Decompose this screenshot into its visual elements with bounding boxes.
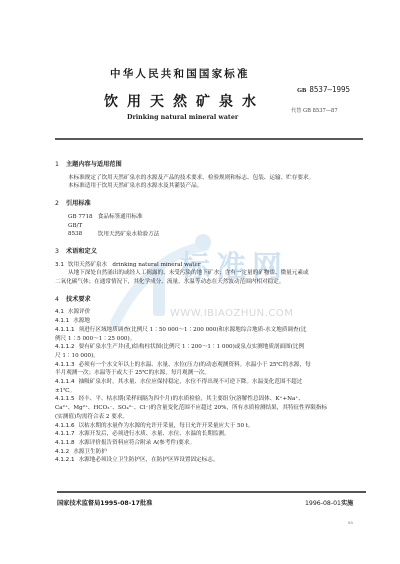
- reference-item: GB/T 8538 饮用天然矿泉水检验方法: [55, 222, 367, 239]
- paragraph: 本标准适用于饮用天然矿泉水的水源水及其灌装产品。: [55, 182, 367, 191]
- header-divider: [55, 138, 363, 140]
- standard-prefix: GB: [297, 87, 306, 94]
- approval-info: 国家技术监督局1995-08-17批准: [57, 498, 152, 507]
- clause-continuation: Ca²⁺、Mg²⁺、HCO₃⁻、SO₄²⁻、Cl⁻)的含量变化范围不应超过 20…: [55, 404, 367, 413]
- clause-4-1: 4.1水源评价: [55, 308, 367, 317]
- term-definition-text: 二氧化碳气体；在通常情况下，其化学成分、流量、水温等动态在天然波动范围内相对稳定…: [55, 278, 367, 287]
- paragraph: 本标准规定了饮用天然矿泉水的水源及产品的技术要求、检验规则和标志、包装、运输、贮…: [55, 174, 367, 183]
- clause-4-1-1-2: 4.1.1.2要有矿泉水生产井(孔)结构柱状图(比例尺 1∶200～1∶1 00…: [55, 343, 367, 352]
- document-title: 饮用天然矿泉水: [104, 91, 265, 111]
- clause-4-1-1-1: 4.1.1.1须进行区域地质调查(比例尺 1∶50 000～1∶200 000)…: [55, 326, 367, 335]
- clause-4-1-1-3: 4.1.1.3必须有一个水文年以上的水温、水量、水位(压力)的动态观测资料。水温…: [55, 361, 367, 370]
- section-heading-4: 4技术要求: [55, 296, 367, 305]
- clause-4-1-1: 4.1.1水源地: [55, 317, 367, 326]
- clause-4-1-1-6: 4.1.1.6以枯水期的水量作为水源的允许开采量，每日允许开采量应大于 50 t…: [55, 422, 367, 431]
- clause-4-1-1-5: 4.1.1.5经丰、平、枯水期(采样间隔为四个月)的水质检验，其主要组分(溶解性…: [55, 395, 367, 404]
- standard-number: GB8537—1995: [297, 85, 350, 94]
- section-heading-3: 3术语和定义: [55, 248, 367, 257]
- clause-4-1-1-8: 4.1.1.8水源评价报告资料应符合附录 A(参考件)要求。: [55, 439, 367, 448]
- clause-continuation: 例尺 1∶5 000～1∶25 000)。: [55, 335, 367, 344]
- standard-code: 8537—1995: [309, 85, 350, 94]
- document-subtitle-english: Drinking natural mineral water: [127, 114, 238, 121]
- clause-4-1-2: 4.1.2水源卫生防护: [55, 448, 367, 457]
- clause-4-1-1-4: 4.1.1.4抽吸矿泉水时，其水量、水位应保持稳定，水位不得出现不可逆下降。水温…: [55, 378, 367, 387]
- section-heading-1: 1主题内容与适用范围: [55, 161, 367, 170]
- page-number: 85: [348, 520, 353, 525]
- term-definition-text: 从地下深处自然涌出的或经人工揭露的、未受污染的地下矿水；含有一定量的矿物盐、微量…: [55, 269, 367, 278]
- term-definition-heading: 3.1饮用天然矿泉水 drinking natural mineral wate…: [55, 261, 367, 270]
- document-body: 1主题内容与适用范围 本标准规定了饮用天然矿泉水的水源及产品的技术要求、检验规则…: [55, 157, 367, 465]
- clause-4-1-2-1: 4.1.2.1水源地必须设立卫生防护区，在防护区界设置固定标志。: [55, 456, 367, 465]
- clause-4-1-1-7: 4.1.1.7水源开发后，必须进行水质、水量、水位、水温的长期监测。: [55, 430, 367, 439]
- clause-continuation: 半月观测一次；水温等于或大于 25℃的水源，每月观测一次。: [55, 369, 367, 378]
- clause-continuation: (实测值)均需符合表 2 要求。: [55, 413, 367, 422]
- section-heading-2: 2引用标准: [55, 200, 367, 209]
- effective-date: 1996-08-01实施: [305, 498, 353, 507]
- replaces-standard: 代替 GB 8537—87: [291, 107, 338, 114]
- national-standard-label: 中华人民共和国国家标准: [110, 66, 250, 81]
- footer-divider: [57, 491, 366, 493]
- clause-continuation: ±1℃。: [55, 387, 367, 396]
- reference-item: GB 7718 食品标签通用标准: [55, 213, 367, 222]
- clause-continuation: 尺 1∶10 000)。: [55, 352, 367, 361]
